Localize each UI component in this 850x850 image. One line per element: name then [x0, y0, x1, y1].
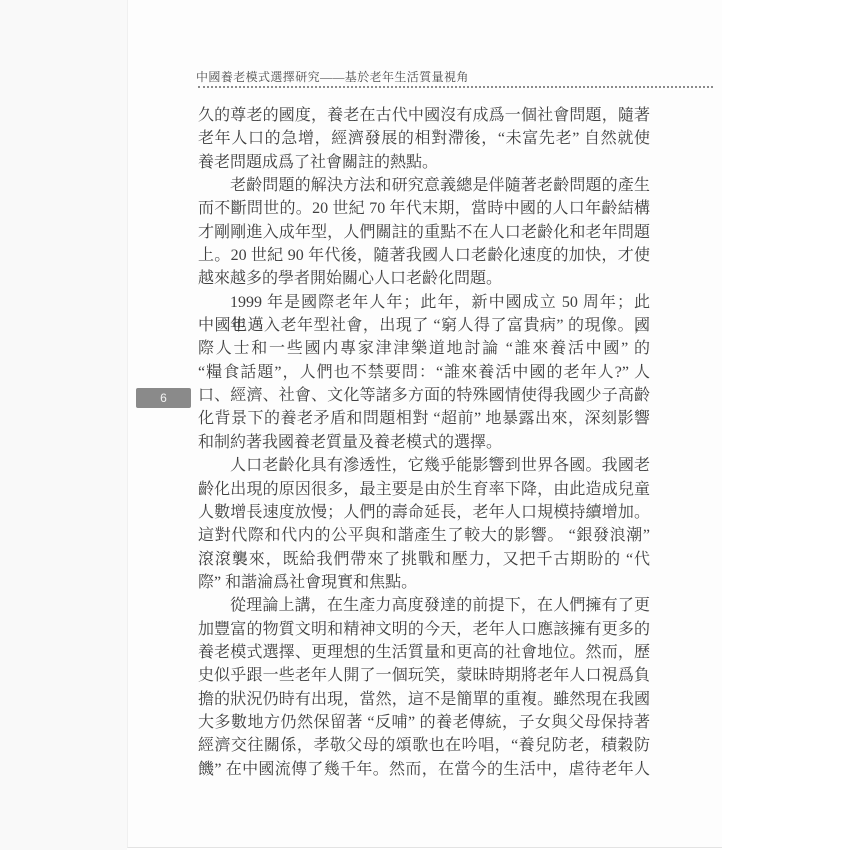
text-line: 加豐富的物質文明和精神文明的今天，老年人口應該擁有更多的 — [198, 618, 650, 641]
text-line: “糧食話題”，人們也不禁要問：“誰來養活中國的老年人?” 人 — [198, 361, 650, 384]
text-line: 越來越多的學者開始關心人口老齡化問題。 — [198, 267, 650, 290]
body-text: 久的尊老的國度，養老在古代中國沒有成爲一個社會問題，隨著老年人口的急增，經濟發展… — [198, 104, 650, 781]
text-line: 經濟交往關係，孝敬父母的頌歌也在吟唱，“養兒防老，積穀防 — [198, 734, 650, 757]
text-line: 而不斷問世的。20 世紀 70 年代末期，當時中國的人口年齡結構 — [198, 197, 650, 220]
text-line: 老年人口的急增，經濟發展的相對滯後，“未富先老” 自然就使 — [198, 127, 650, 150]
text-line: 從理論上講，在生產力高度發達的前提下，在人們擁有了更 — [198, 594, 650, 617]
paragraph: 久的尊老的國度，養老在古代中國沒有成爲一個社會問題，隨著老年人口的急增，經濟發展… — [198, 104, 650, 174]
text-line: 齡化出現的原因很多，最主要是由於生育率下降，由此造成兒童 — [198, 478, 650, 501]
text-line: 中國也邁入老年型社會，出現了 “窮人得了富貴病” 的現像。國 — [198, 314, 650, 337]
text-line: 這對代際和代内的公平與和諧產生了較大的影響。 “銀發浪潮” — [198, 524, 650, 547]
paragraph: 老齡問題的解決方法和研究意義總是伴隨著老齡問題的產生而不斷問世的。20 世紀 7… — [198, 174, 650, 291]
running-header-title: 中國養老模式選擇研究——基於老年生活質量視角 — [196, 68, 716, 85]
text-line: 老齡問題的解決方法和研究意義總是伴隨著老齡問題的產生 — [198, 174, 650, 197]
text-line: 滾滾襲來，既給我們帶來了挑戰和壓力，又把千古期盼的 “代 — [198, 548, 650, 571]
paragraph: 從理論上講，在生產力高度發達的前提下，在人們擁有了更加豐富的物質文明和精神文明的… — [198, 594, 650, 781]
text-line: 和制約著我國養老質量及養老模式的選擇。 — [198, 431, 650, 454]
text-line: 養老問題成爲了社會關註的熱點。 — [198, 151, 650, 174]
paragraph: 1999 年是國際老年人年；此年，新中國成立 50 周年；此年，中國也邁入老年型… — [198, 291, 650, 454]
text-line: 久的尊老的國度，養老在古代中國沒有成爲一個社會問題，隨著 — [198, 104, 650, 127]
page-number-badge: 6 — [136, 388, 191, 408]
text-line: 際人士和一些國内專家津津樂道地討論 “誰來養活中國” 的 — [198, 337, 650, 360]
text-line: 1999 年是國際老年人年；此年，新中國成立 50 周年；此年， — [198, 291, 650, 314]
page-number: 6 — [160, 391, 167, 405]
text-line: 上。20 世紀 90 年代後，隨著我國人口老齡化速度的加快，才使 — [198, 244, 650, 267]
scan-left-margin — [0, 0, 127, 850]
text-line: 人口老齡化具有滲透性，它幾乎能影響到世界各國。我國老 — [198, 454, 650, 477]
text-line: 大多數地方仍然保留著 “反哺” 的養老傳統，子女與父母保持著 — [198, 711, 650, 734]
screenshot-root: { "page": { "number": "6", "badge_color"… — [0, 0, 850, 850]
text-line: 人數增長速度放慢；人們的壽命延長，老年人口規模持續增加。 — [198, 501, 650, 524]
paragraph: 人口老齡化具有滲透性，它幾乎能影響到世界各國。我國老齡化出現的原因很多，最主要是… — [198, 454, 650, 594]
text-line: 口、經濟、社會、文化等諸多方面的特殊國情使得我國少子高齡 — [198, 384, 650, 407]
text-line: 化背景下的養老矛盾和問題相對 “超前” 地暴露出來，深刻影響 — [198, 407, 650, 430]
text-line: 史似乎跟一些老年人開了一個玩笑，蒙昧時期將老年人口視爲負 — [198, 664, 650, 687]
text-line: 際” 和諧淪爲社會現實和焦點。 — [198, 571, 650, 594]
book-page: 中國養老模式選擇研究——基於老年生活質量視角 6 久的尊老的國度，養老在古代中國… — [127, 0, 722, 848]
text-line: 擔的狀況仍時有出現，當然，這不是簡單的重複。雖然現在我國 — [198, 688, 650, 711]
header-dotted-rule — [198, 86, 713, 88]
text-line: 才剛剛進入成年型，人們關註的重點不在人口老齡化和老年問題 — [198, 221, 650, 244]
text-line: 養老模式選擇、更理想的生活質量和更高的社會地位。然而，歷 — [198, 641, 650, 664]
text-line: 饑” 在中國流傳了幾千年。然而，在當今的生活中，虐待老年人 — [198, 758, 650, 781]
